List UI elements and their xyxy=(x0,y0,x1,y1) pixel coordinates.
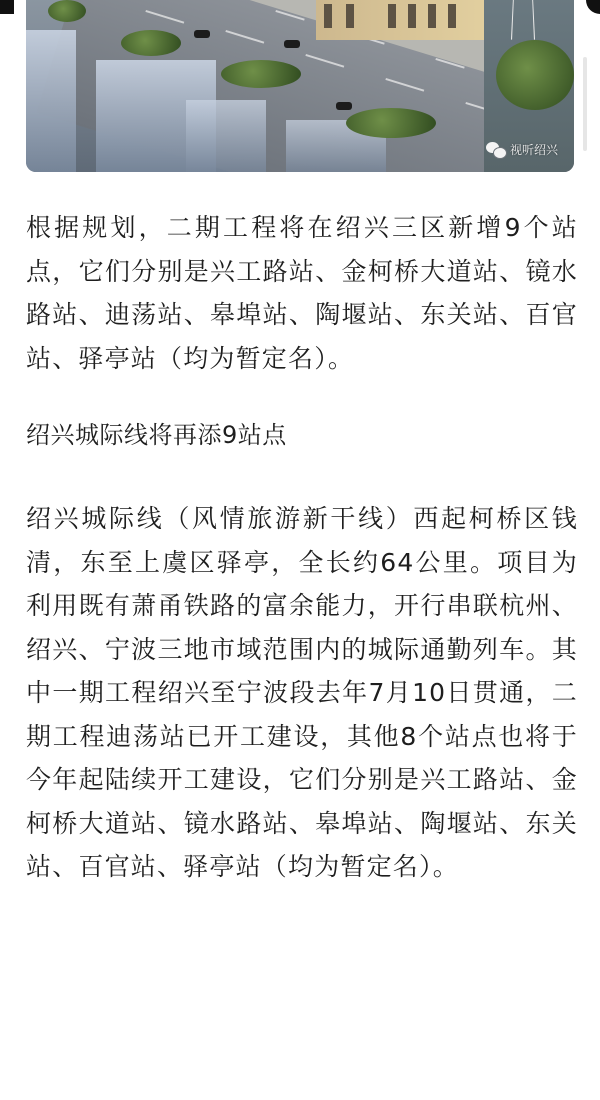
image-pylon xyxy=(511,0,535,40)
image-watermark: 视听绍兴 xyxy=(486,141,558,158)
article-paragraph: 绍兴城际线（风情旅游新干线）西起柯桥区钱清，东至上虞区驿亭，全长约64公里。项目… xyxy=(26,497,578,889)
article-image[interactable]: 视听绍兴 xyxy=(26,0,574,172)
article-body: 根据规划，二期工程将在绍兴三区新增9个站点，它们分别是兴工路站、金柯桥大道站、镜… xyxy=(26,206,578,889)
image-tree xyxy=(221,60,301,88)
frame-corner-right xyxy=(586,0,600,14)
image-car xyxy=(194,30,210,38)
image-car xyxy=(284,40,300,48)
frame-corner-left xyxy=(0,0,14,14)
image-tree xyxy=(121,30,181,56)
scrollbar[interactable] xyxy=(583,57,587,151)
image-tree xyxy=(48,0,86,22)
image-building-block xyxy=(186,100,266,172)
article-paragraph: 根据规划，二期工程将在绍兴三区新增9个站点，它们分别是兴工路站、金柯桥大道站、镜… xyxy=(26,206,578,380)
section-heading: 绍兴城际线将再添9站点 xyxy=(26,415,578,455)
image-tree xyxy=(496,40,574,110)
image-building-block xyxy=(26,30,76,172)
watermark-text: 视听绍兴 xyxy=(510,141,558,158)
wechat-icon xyxy=(486,142,506,158)
image-station-building xyxy=(316,0,486,40)
image-tree xyxy=(346,108,436,138)
image-car xyxy=(336,102,352,110)
